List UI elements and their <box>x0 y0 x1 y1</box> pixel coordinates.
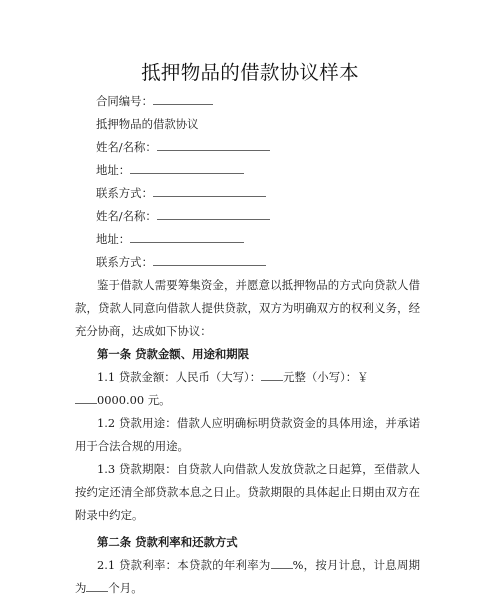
agreement-subtitle: 抵押物品的借款协议 <box>75 113 420 136</box>
article-2-heading: 第二条 贷款利率和还款方式 <box>75 531 420 554</box>
field-label: 联系方式： <box>96 255 153 269</box>
interest-rate-blank[interactable] <box>271 556 293 569</box>
party-b-address-blank[interactable] <box>130 230 244 243</box>
party-a-address-blank[interactable] <box>130 161 244 174</box>
interest-period-blank[interactable] <box>86 579 108 592</box>
amount-uppercase-blank[interactable] <box>261 368 283 381</box>
party-a-contact-field: 联系方式： <box>75 182 420 205</box>
field-label: 姓名/名称： <box>96 140 157 154</box>
party-a-name-field: 姓名/名称： <box>75 136 420 159</box>
party-b-address-field: 地址： <box>75 228 420 251</box>
party-b-contact-blank[interactable] <box>153 253 266 266</box>
party-b-contact-field: 联系方式： <box>75 251 420 274</box>
field-label: 合同编号： <box>96 94 153 108</box>
clause-text: 2.1 贷款利率：本贷款的年利率为 <box>97 558 271 572</box>
article-1-heading: 第一条 贷款金额、用途和期限 <box>75 343 420 366</box>
party-a-address-field: 地址： <box>75 159 420 182</box>
clause-text: 0000.00 元。 <box>97 393 171 407</box>
party-b-name-blank[interactable] <box>157 207 270 220</box>
party-a-contact-blank[interactable] <box>153 184 266 197</box>
party-b-name-field: 姓名/名称： <box>75 205 420 228</box>
clause-text: 1.1 贷款金额：人民币（大写）： <box>97 370 261 384</box>
clause-2-1: 2.1 贷款利率：本贷款的年利率为%，按月计息，计息周期为个月。 <box>75 554 420 597</box>
preamble-paragraph: 鉴于借款人需要筹集资金，并愿意以抵押物品的方式向贷款人借款，贷款人同意向借款人提… <box>75 274 420 343</box>
field-label: 姓名/名称： <box>96 209 157 223</box>
document-page: 抵押物品的借款协议样本 合同编号： 抵押物品的借款协议 姓名/名称： 地址： 联… <box>0 0 500 597</box>
clause-1-1: 1.1 贷款金额：人民币（大写）：元整（小写）：￥0000.00 元。 <box>75 366 420 412</box>
field-label: 地址： <box>96 163 130 177</box>
contract-number-field: 合同编号： <box>75 90 420 113</box>
clause-text: 个月。 <box>108 581 142 595</box>
party-a-name-blank[interactable] <box>157 138 270 151</box>
document-body: 合同编号： 抵押物品的借款协议 姓名/名称： 地址： 联系方式： 姓名/名称： … <box>75 90 420 597</box>
field-label: 地址： <box>96 232 130 246</box>
clause-text: 元整（小写）：￥ <box>283 370 368 384</box>
document-title: 抵押物品的借款协议样本 <box>0 58 500 88</box>
clause-1-3: 1.3 贷款期限：自贷款人向借款人发放贷款之日起算，至借款人按约定还清全部贷款本… <box>75 458 420 527</box>
amount-numeric-blank[interactable] <box>75 391 97 404</box>
clause-1-2: 1.2 贷款用途：借款人应明确标明贷款资金的具体用途，并承诺用于合法合规的用途。 <box>75 412 420 458</box>
contract-number-blank[interactable] <box>153 92 213 105</box>
field-label: 联系方式： <box>96 186 153 200</box>
field-label: 抵押物品的借款协议 <box>96 117 199 131</box>
